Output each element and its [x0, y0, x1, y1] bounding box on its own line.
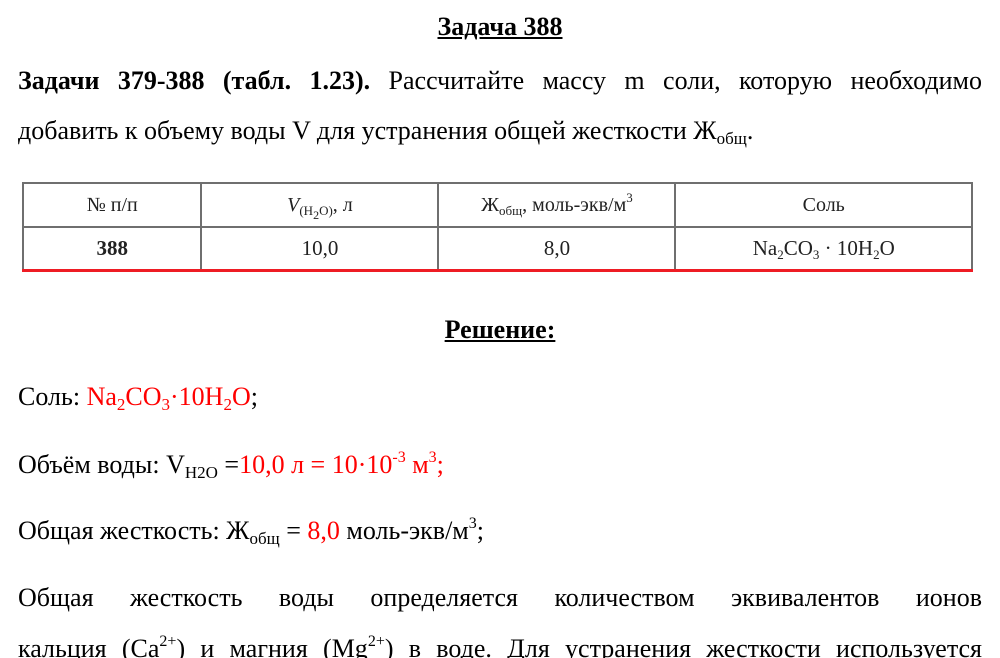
salt-formula: Na2CO3·10H2O [87, 382, 251, 411]
volume-value: 10,0 л = 10·10-3 м3; [239, 450, 444, 479]
problem-data-table: № п/п V(H2O), л Жобщ, моль-экв/м3 Соль 3… [22, 182, 973, 272]
problem-reference: Задачи 379-388 (табл. 1.23). [18, 66, 370, 95]
table-header-row: № п/п V(H2O), л Жобщ, моль-экв/м3 Соль [23, 183, 972, 227]
hardness-value: 8,0 [307, 516, 340, 545]
problem-statement-line-1: Задачи 379-388 (табл. 1.23). Рассчитайте… [18, 66, 982, 96]
solution-salt-line: Соль: Na2CO3·10H2O; [18, 382, 258, 412]
solution-heading: Решение: [0, 315, 1000, 345]
header-hardness: Жобщ, моль-экв/м3 [438, 183, 675, 227]
table-row: 388 10,0 8,0 Na2CO3 · 10H2O [23, 227, 972, 271]
problem-statement-line-2: добавить к объему воды V для устранения … [18, 116, 753, 146]
solution-paragraph-line-1: Общая жесткость воды определяется количе… [18, 583, 982, 613]
cell-volume: 10,0 [201, 227, 438, 271]
header-volume: V(H2O), л [201, 183, 438, 227]
solution-paragraph-line-2: кальция (Са2+) и магния (Mg2+) в воде. Д… [18, 634, 982, 658]
problem-text: Рассчитайте массу m соли, которую необхо… [370, 66, 982, 95]
header-number: № п/п [23, 183, 201, 227]
cell-hardness: 8,0 [438, 227, 675, 271]
header-salt: Соль [675, 183, 972, 227]
solution-hardness-line: Общая жесткость: Жобщ = 8,0 моль-экв/м3; [18, 516, 484, 546]
cell-salt: Na2CO3 · 10H2O [675, 227, 972, 271]
solution-volume-line: Объём воды: VH2O =10,0 л = 10·10-3 м3; [18, 450, 444, 480]
cell-number: 388 [23, 227, 201, 271]
page-title: Задача 388 [0, 12, 1000, 42]
